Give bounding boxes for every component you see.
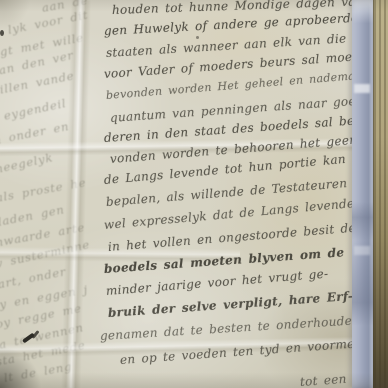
ink-speck (196, 36, 199, 39)
handwritten-line: tot een (300, 373, 348, 388)
binding-edge-highlight (354, 246, 370, 255)
main-page-text: houden tot hunne Mondige dagen van gen H… (0, 0, 388, 388)
binding-edge-strip (352, 0, 374, 388)
photograph-of-handwritten-letter: aan de lyk voor dit gt met wille van den… (0, 0, 388, 388)
handwritten-line: en op te voeden ten tyd en voormelde (120, 336, 375, 367)
book-cover-edge (373, 0, 388, 388)
ink-speck (0, 30, 4, 36)
binding-edge-highlight (354, 84, 370, 93)
